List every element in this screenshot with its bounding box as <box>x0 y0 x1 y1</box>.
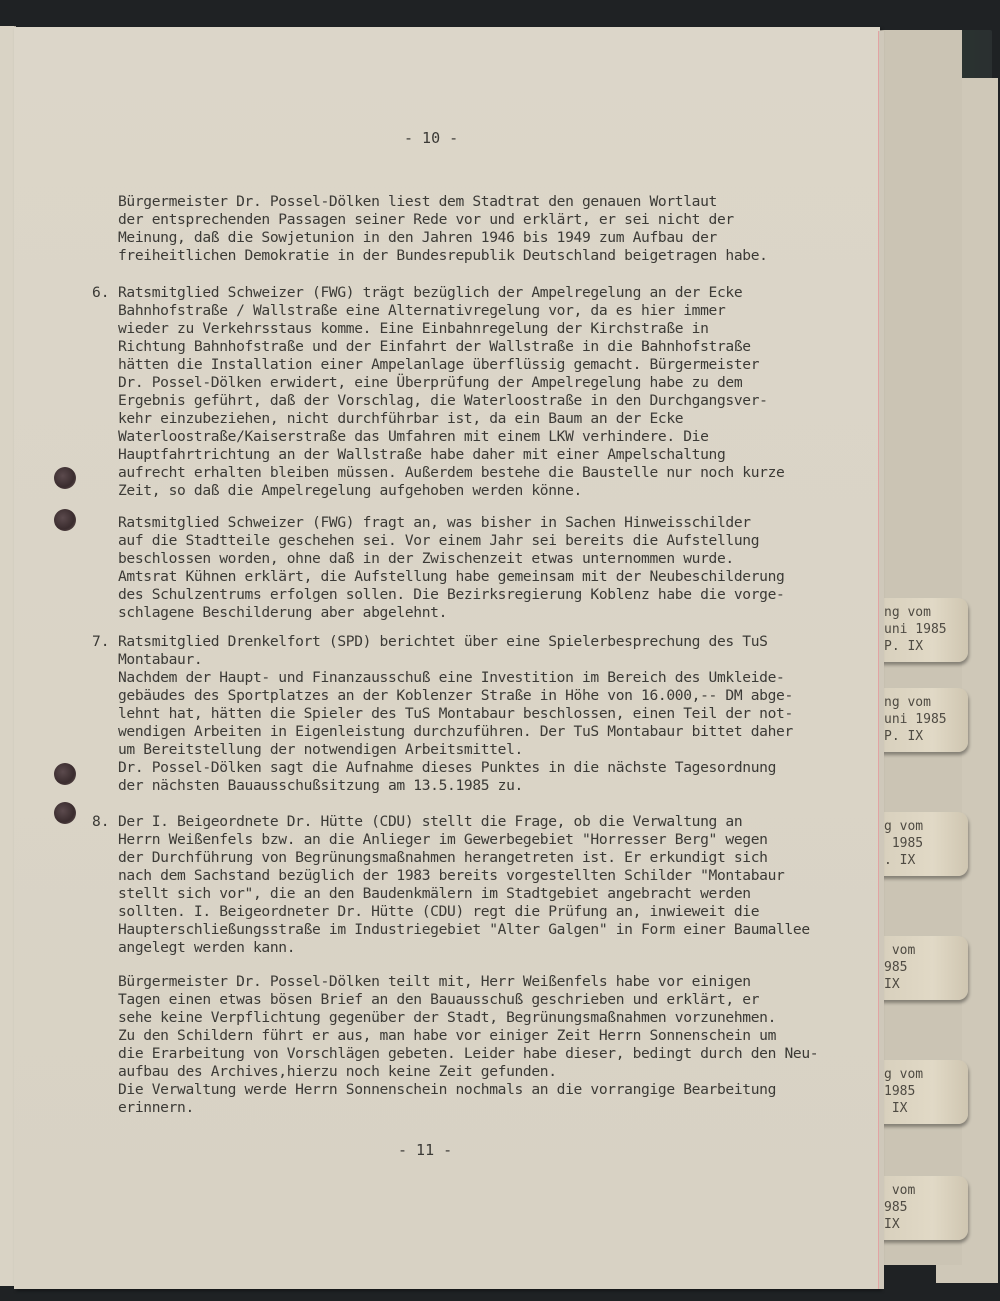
binder-index-tab[interactable]: g vom 1985 IX <box>880 1060 968 1124</box>
item-number: 7. <box>92 633 110 650</box>
item-number: 8. <box>92 813 110 830</box>
intro-paragraph: Bürgermeister Dr. Possel-Dölken liest de… <box>118 193 768 265</box>
document-page: - 10 - Bürgermeister Dr. Possel-Dölken l… <box>14 27 880 1289</box>
punch-hole <box>54 467 76 489</box>
item-6-paragraph: Ratsmitglied Schweizer (FWG) trägt bezüg… <box>118 284 784 500</box>
punch-hole <box>54 763 76 785</box>
page-number-top: - 10 - <box>404 129 458 147</box>
page-stack-edge <box>878 31 884 1289</box>
item-8-paragraph: Der I. Beigeordnete Dr. Hütte (CDU) stel… <box>118 813 810 957</box>
binder-index-tab[interactable]: ng vom uni 1985 P. IX <box>880 598 968 662</box>
punch-hole <box>54 509 76 531</box>
binder-index-tab[interactable]: ng vom uni 1985 P. IX <box>880 688 968 752</box>
page-number-bottom: - 11 - <box>398 1141 452 1159</box>
punch-hole <box>54 802 76 824</box>
binder-index-tab[interactable]: vom 985 IX <box>880 1176 968 1240</box>
item-number: 6. <box>92 284 110 301</box>
item-7-paragraph: Ratsmitglied Drenkelfort (SPD) berichtet… <box>118 633 793 795</box>
binder-index-tab[interactable]: vom 985 IX <box>880 936 968 1000</box>
item-8-followup-paragraph: Bürgermeister Dr. Possel-Dölken teilt mi… <box>118 973 818 1117</box>
item-6-followup-paragraph: Ratsmitglied Schweizer (FWG) fragt an, w… <box>118 514 784 622</box>
binder-index-tab[interactable]: g vom 1985 . IX <box>880 812 968 876</box>
